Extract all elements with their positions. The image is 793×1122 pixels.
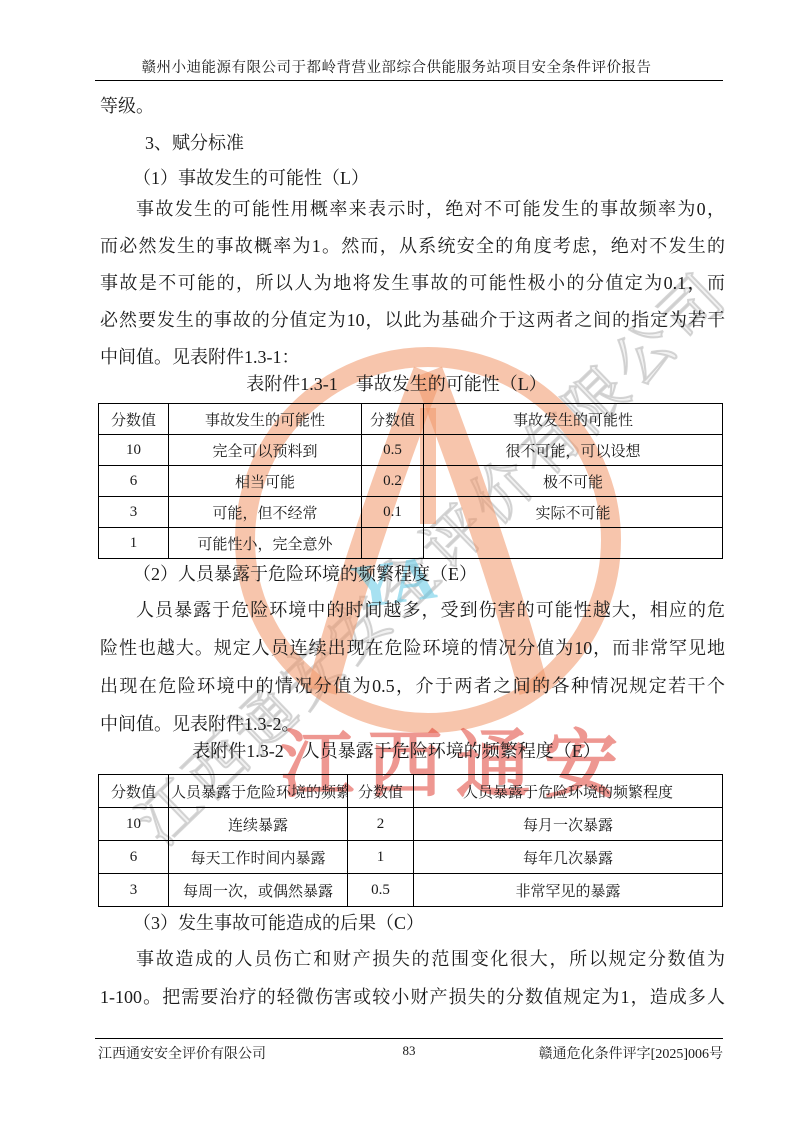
- text-line: 人员暴露于危险环境中的时间越多，受到伤害的可能性越大，相应的危: [100, 597, 725, 635]
- text-line: 出现在危险环境中的情况分值为0.5，介于两者之间的各种情况规定若干个: [100, 673, 725, 711]
- table-cell: 相当可能: [169, 466, 362, 497]
- table-row: 1可能性小，完全意外: [99, 528, 723, 559]
- table-cell: [424, 528, 723, 559]
- section-3-heading: 3、赋分标准: [145, 129, 244, 155]
- table-row: 3可能，但不经常0.1实际不可能: [99, 497, 723, 528]
- table-row: 10连续暴露2每月一次暴露: [99, 808, 723, 841]
- text-line: 险性也越大。规定人员连续出现在危险环境的情况分值为10，而非常罕见地: [100, 635, 725, 673]
- column-header: 事故发生的可能性: [424, 404, 723, 435]
- column-header: 分数值: [99, 775, 169, 808]
- table-1-title: 表附件1.3-1 事故发生的可能性（L）: [0, 370, 793, 396]
- table-header-row: 分数值人员暴露于危险环境的频繁程度分数值人员暴露于危险环境的频繁程度: [99, 775, 723, 808]
- table-cell: 极不可能: [424, 466, 723, 497]
- document-page: 赣州小迪能源有限公司于都岭背营业部综合供能服务站项目安全条件评价报告 等级。 3…: [0, 0, 793, 1122]
- table-cell: 实际不可能: [424, 497, 723, 528]
- table-cell: 0.1: [362, 497, 424, 528]
- text-line: 事故是不可能的，所以人为地将发生事故的可能性极小的分值定为0.1，而: [100, 270, 725, 307]
- table-cell: 10: [99, 435, 169, 466]
- table-cell: 可能，但不经常: [169, 497, 362, 528]
- table-cell: 2: [348, 808, 414, 841]
- table-accident-likelihood: 分数值事故发生的可能性分数值事故发生的可能性 10完全可以预料到0.5很不可能，…: [98, 403, 723, 559]
- footer-company-name: 江西通安安全评价有限公司: [98, 1043, 266, 1063]
- paragraph-accident-likelihood: 事故发生的可能性用概率来表示时，绝对不可能发生的事故频率为0，而必然发生的事故概…: [100, 196, 725, 381]
- table-row: 6每天工作时间内暴露1每年几次暴露: [99, 841, 723, 874]
- table-cell: 完全可以预料到: [169, 435, 362, 466]
- table-cell: 10: [99, 808, 169, 841]
- table-cell: 非常罕见的暴露: [414, 874, 723, 907]
- table-cell: 每年几次暴露: [414, 841, 723, 874]
- table-cell: 很不可能，可以设想: [424, 435, 723, 466]
- table-cell: 0.5: [348, 874, 414, 907]
- column-header: 分数值: [348, 775, 414, 808]
- table-row: 3每周一次，或偶然暴露0.5非常罕见的暴露: [99, 874, 723, 907]
- table-cell: 每月一次暴露: [414, 808, 723, 841]
- footer-rule: [95, 1038, 723, 1039]
- text-line: 而必然发生的事故概率为1。然而，从系统安全的角度考虑，绝对不发生的: [100, 233, 725, 270]
- table-exposure-frequency: 分数值人员暴露于危险环境的频繁程度分数值人员暴露于危险环境的频繁程度 10连续暴…: [98, 774, 723, 907]
- table-cell: [362, 528, 424, 559]
- footer-document-number: 赣通危化条件评字[2025]006号: [539, 1043, 723, 1063]
- column-header: 分数值: [362, 404, 424, 435]
- carryover-text: 等级。: [100, 92, 154, 118]
- table-cell: 0.2: [362, 466, 424, 497]
- table-header-row: 分数值事故发生的可能性分数值事故发生的可能性: [99, 404, 723, 435]
- item-2-heading: （2）人员暴露于危险环境的频繁程度（E）: [133, 560, 477, 586]
- paragraph-consequence: 事故造成的人员伤亡和财产损失的范围变化很大，所以规定分数值为1-100。把需要治…: [100, 946, 725, 1022]
- table-cell: 6: [99, 466, 169, 497]
- table-cell: 6: [99, 841, 169, 874]
- table-cell: 1: [348, 841, 414, 874]
- table-row: 10完全可以预料到0.5很不可能，可以设想: [99, 435, 723, 466]
- column-header: 事故发生的可能性: [169, 404, 362, 435]
- table-cell: 0.5: [362, 435, 424, 466]
- table-cell: 连续暴露: [169, 808, 348, 841]
- column-header: 人员暴露于危险环境的频繁程度: [414, 775, 723, 808]
- column-header: 分数值: [99, 404, 169, 435]
- table-cell: 3: [99, 874, 169, 907]
- text-line: 必然要发生的事故的分值定为10，以此为基础介于这两者之间的指定为若干: [100, 307, 725, 344]
- table-cell: 每天工作时间内暴露: [169, 841, 348, 874]
- text-line: 事故造成的人员伤亡和财产损失的范围变化很大，所以规定分数值为: [100, 946, 725, 984]
- table-row: 6相当可能0.2极不可能: [99, 466, 723, 497]
- paragraph-exposure-frequency: 人员暴露于危险环境中的时间越多，受到伤害的可能性越大，相应的危险性也越大。规定人…: [100, 597, 725, 749]
- header-rule: [95, 80, 723, 81]
- table-2-title: 表附件1.3-2 人员暴露于危险环境的频繁程度（E）: [0, 737, 793, 763]
- item-3-heading: （3）发生事故可能造成的后果（C）: [133, 909, 424, 935]
- table-cell: 1: [99, 528, 169, 559]
- column-header: 人员暴露于危险环境的频繁程度: [169, 775, 348, 808]
- page-header-title: 赣州小迪能源有限公司于都岭背营业部综合供能服务站项目安全条件评价报告: [0, 56, 793, 77]
- table-cell: 可能性小，完全意外: [169, 528, 362, 559]
- table-cell: 每周一次，或偶然暴露: [169, 874, 348, 907]
- text-line: 事故发生的可能性用概率来表示时，绝对不可能发生的事故频率为0，: [100, 196, 725, 233]
- table-cell: 3: [99, 497, 169, 528]
- text-line: 1-100。把需要治疗的轻微伤害或较小财产损失的分数值规定为1，造成多人: [100, 984, 725, 1022]
- item-1-heading: （1）事故发生的可能性（L）: [133, 164, 369, 190]
